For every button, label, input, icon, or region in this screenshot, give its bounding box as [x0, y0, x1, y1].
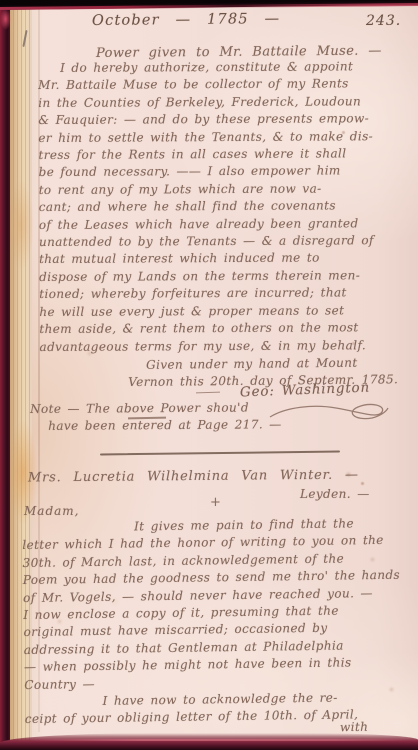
header-month-year: October — 1785 —: [92, 11, 280, 30]
foxing-spots: [0, 0, 3, 3]
manuscript-line: dispose of my Lands on the terms therein…: [39, 267, 374, 286]
manuscript-line: them aside, & rent them to others on the…: [39, 319, 374, 338]
ledger-book-photo: October — 1785 — 243. Power given to Mr.…: [0, 0, 418, 750]
manuscript-line: advantageous terms for my use, & in my b…: [39, 337, 374, 356]
letter2-body: It gives me pain to find that the letter…: [22, 515, 402, 729]
manuscript-line: in the Counties of Berkeley, Frederick, …: [38, 93, 373, 112]
spine-highlight: [0, 8, 11, 30]
manuscript-line: er him to settle with the Tenants, & to …: [38, 128, 373, 147]
manuscript-line: I do hereby authorize, constitute & appo…: [38, 58, 373, 77]
manuscript-line: be found necessary. —— I also empower hi…: [39, 163, 374, 182]
letter2-addressee: Mrs. Lucretia Wilhelmina Van Winter. —: [28, 467, 359, 487]
manuscript-line: cant; and where he shall find the covena…: [39, 197, 374, 216]
manuscript-line: that mutual interest which induced me to: [39, 250, 374, 269]
letter1-body: I do hereby authorize, constitute & appo…: [38, 58, 374, 356]
letter2-salutation: Madam,: [24, 503, 79, 520]
page-number: 243.: [366, 13, 401, 30]
manuscript-line: to rent any of my Lots which are now va-: [39, 180, 374, 199]
book-bottom-highlight: [30, 739, 410, 741]
manuscript-line: he will use every just & proper means to…: [39, 302, 374, 321]
manuscript-line: unattended to by the Tenants — & a disre…: [39, 232, 374, 251]
cross-mark: +: [210, 494, 221, 511]
signature-flourish-icon: [268, 399, 390, 427]
manuscript-line: have been entered at Page 217. —: [30, 417, 282, 436]
manuscript-line: tioned; whereby forfeitures are incurred…: [39, 285, 374, 304]
book-bottom-edge: [0, 733, 418, 750]
manuscript-line: tress for the Rents in all cases where i…: [38, 145, 373, 164]
manuscript-line: Mr. Battaile Muse to be collector of my …: [38, 76, 373, 95]
book-spine-left: [0, 0, 10, 750]
manuscript-line: of the Leases which have already been gr…: [39, 215, 374, 234]
manuscript-line: Note — The above Power shou'd: [30, 399, 282, 418]
manuscript-line: & Fauquier: — and do by these presents e…: [38, 110, 373, 129]
gutter-stain-upper: [8, 180, 34, 270]
letter2-place: Leyden. —: [300, 486, 370, 503]
